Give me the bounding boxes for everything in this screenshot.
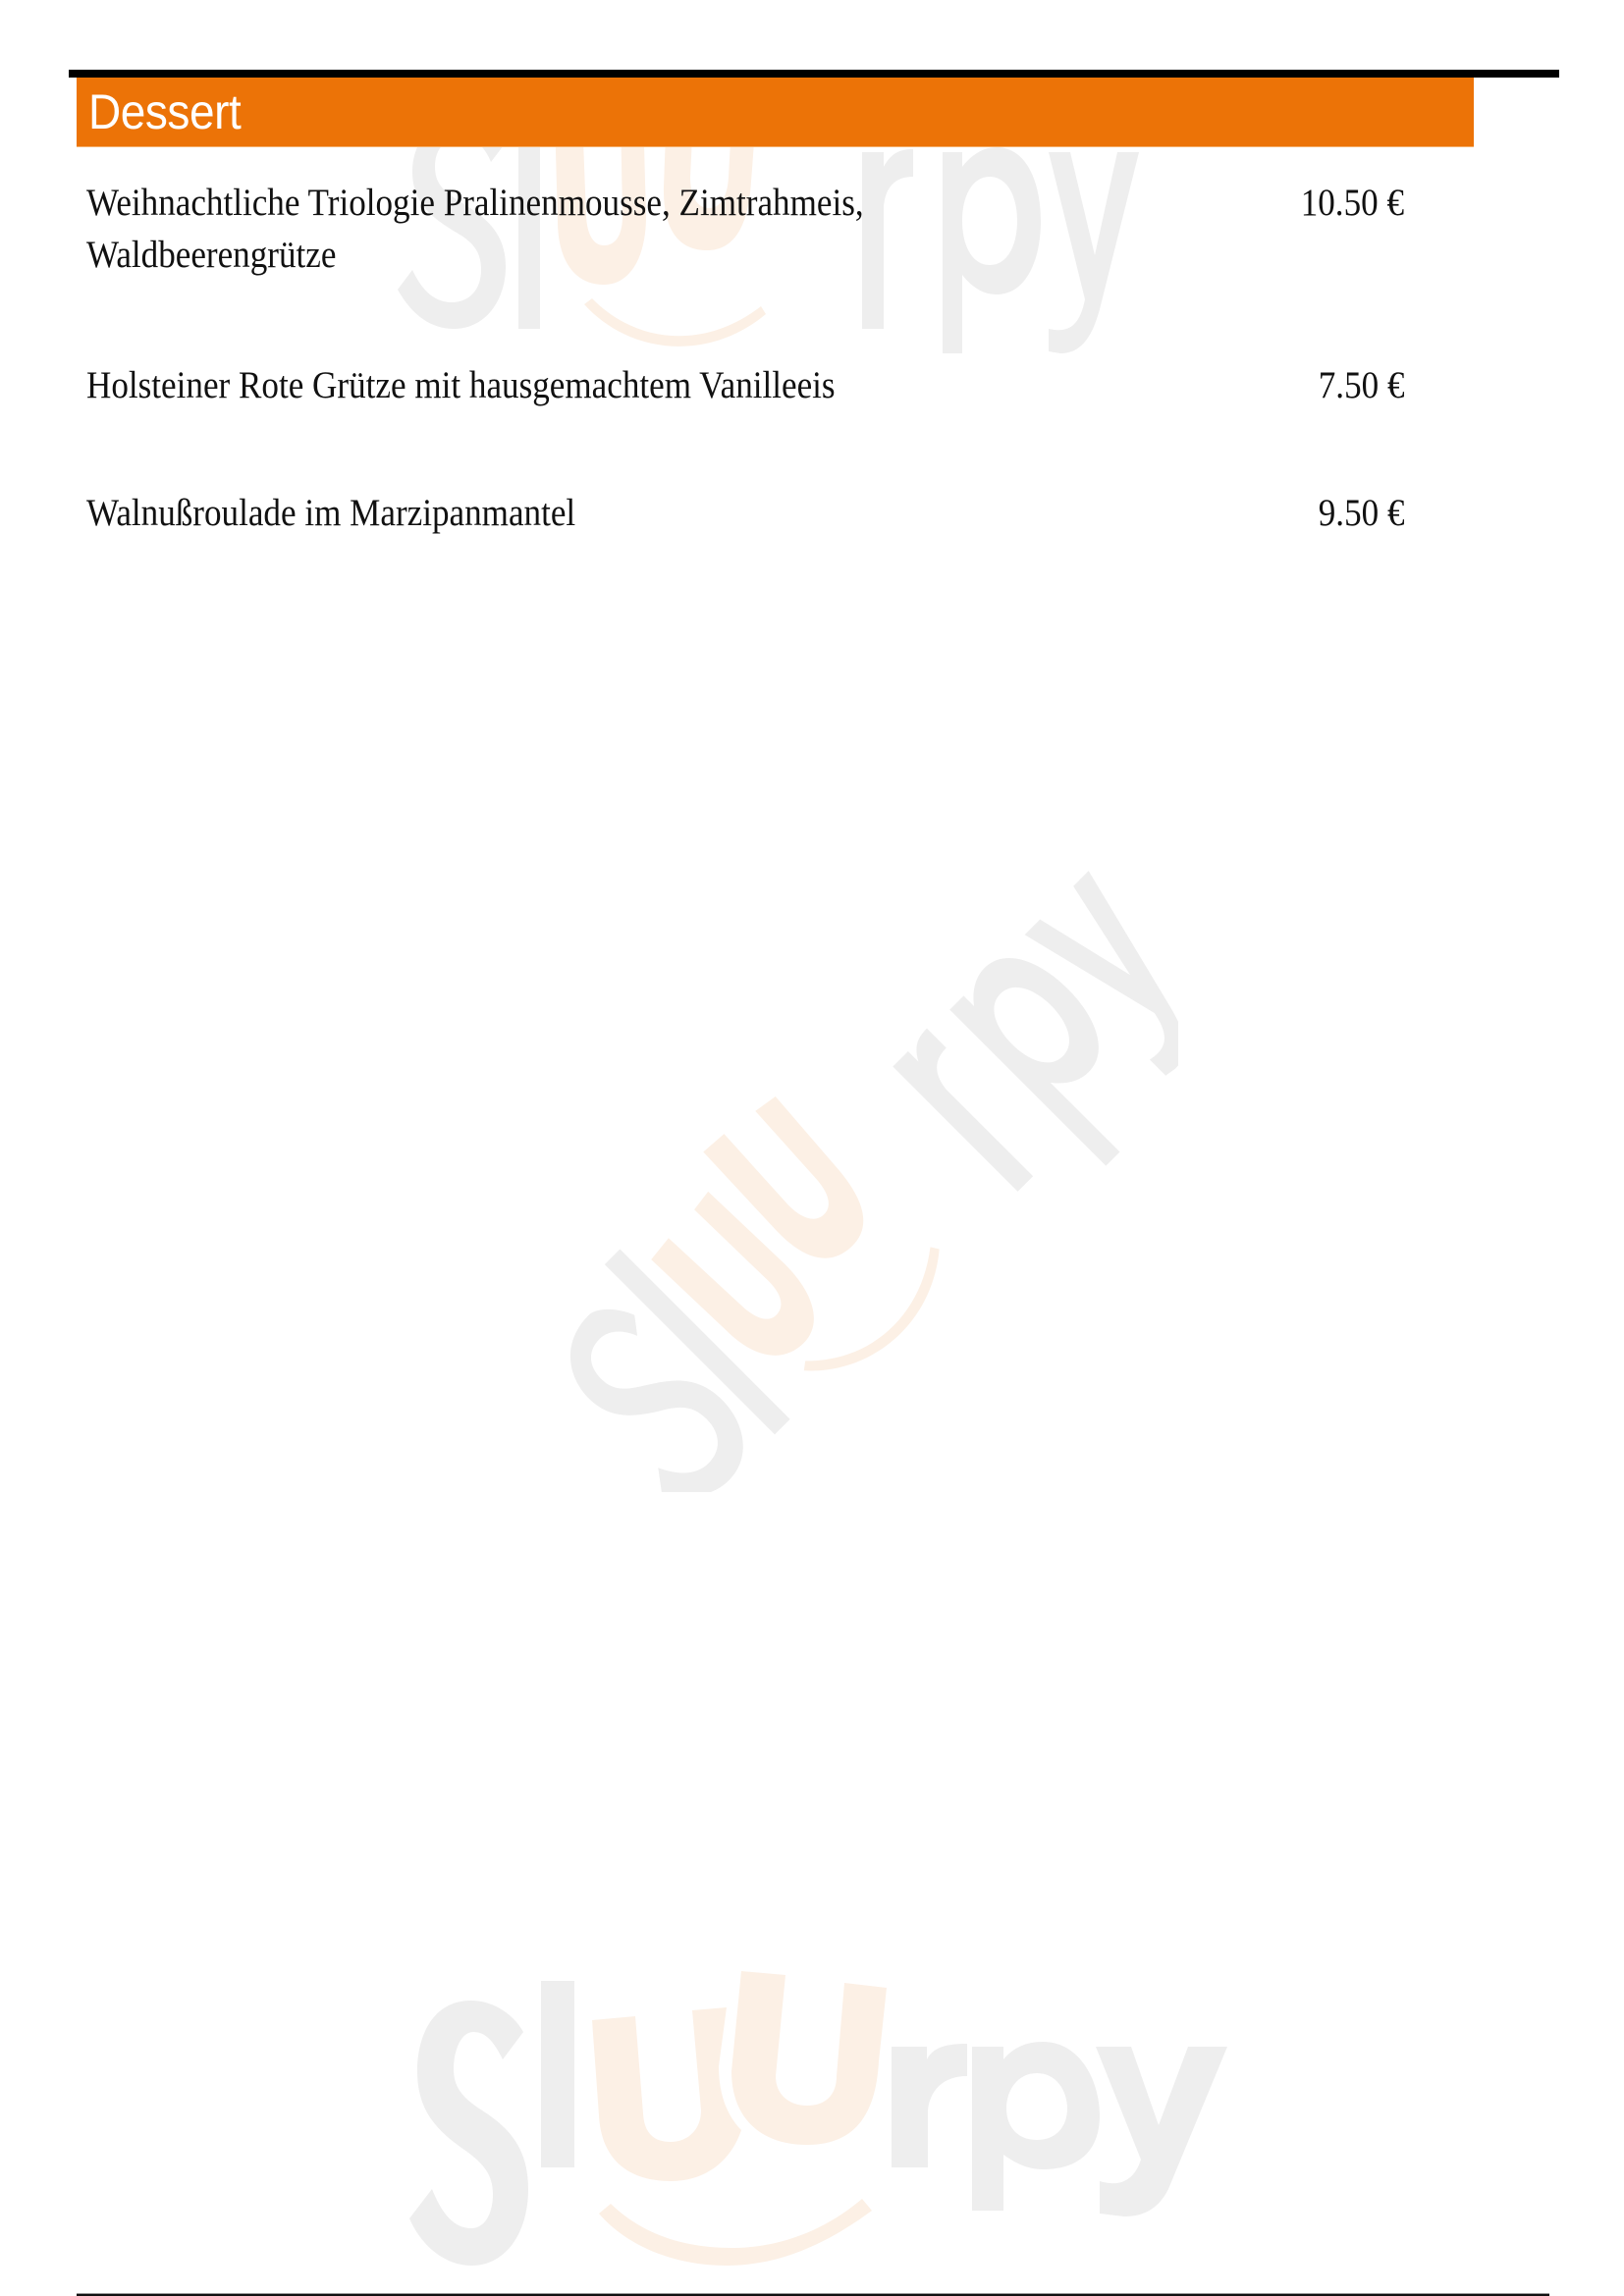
sluurpy-watermark-middle (471, 805, 1178, 1492)
menu-item-price: 9.50 € (1318, 487, 1404, 539)
section-title: Dessert (88, 83, 241, 140)
menu-item-name: Weihnachtliche Triologie Pralinenmousse,… (86, 177, 970, 281)
top-divider (69, 70, 1559, 78)
menu-item: Walnußroulade im Marzipanmantel 9.50 € (86, 487, 1392, 539)
menu-item-name: Holsteiner Rote Grütze mit hausgemachtem… (86, 359, 970, 411)
menu-item-price: 10.50 € (1301, 177, 1404, 229)
menu-item-name: Walnußroulade im Marzipanmantel (86, 487, 970, 539)
sluurpy-watermark-bottom (393, 1953, 1227, 2268)
menu-item: Holsteiner Rote Grütze mit hausgemachtem… (86, 359, 1392, 411)
menu-item: Weihnachtliche Triologie Pralinenmousse,… (86, 177, 1392, 281)
menu-item-price: 7.50 € (1318, 359, 1404, 411)
section-header-dessert: Dessert (77, 78, 1474, 146)
